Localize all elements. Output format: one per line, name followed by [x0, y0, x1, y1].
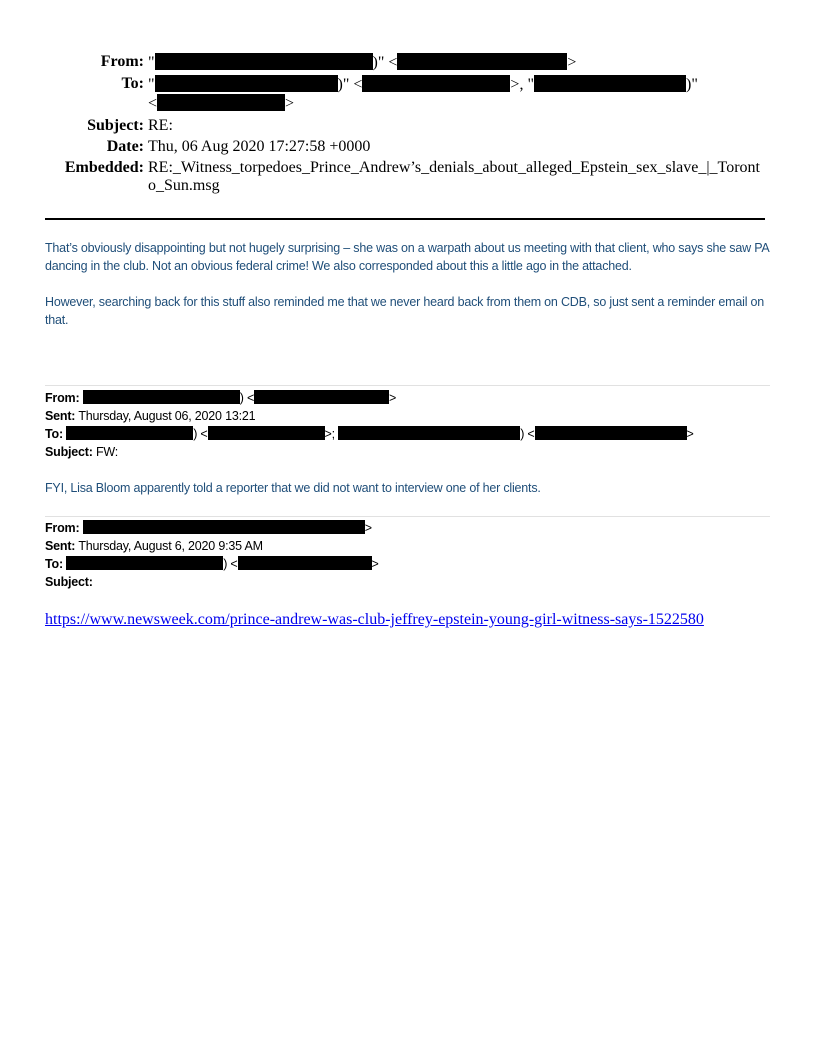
- redaction: [83, 390, 240, 404]
- quoted-separator: [45, 516, 770, 517]
- forward-2-sent: Sent: Thursday, August 6, 2020 9:35 AM: [45, 537, 770, 555]
- meta-subject-value: RE:: [148, 117, 764, 135]
- forward-1-to: To: ) <>; ) <>: [45, 425, 770, 443]
- to-label: To:: [45, 557, 63, 571]
- redaction: [66, 426, 193, 440]
- sent-label: Sent:: [45, 539, 75, 553]
- forward-1-header: From: ) <> Sent: Thursday, August 06, 20…: [45, 389, 770, 461]
- header-divider: [45, 218, 765, 220]
- forward-2-from: From: >: [45, 519, 770, 537]
- from-label: From:: [45, 391, 79, 405]
- redaction: [397, 53, 567, 70]
- forward-1-body: FYI, Lisa Bloom apparently told a report…: [45, 479, 770, 497]
- message-body: That’s obviously disappointing but not h…: [45, 239, 770, 329]
- forward-1-body-text: FYI, Lisa Bloom apparently told a report…: [45, 479, 770, 497]
- subject-label: Subject:: [45, 445, 93, 459]
- to-label: To:: [45, 427, 63, 441]
- redaction: [254, 390, 389, 404]
- forward-1-subject: Subject: FW:: [45, 443, 770, 461]
- meta-embedded-label: Embedded:: [0, 159, 148, 195]
- meta-to-value: ")" <>, ")"<>: [148, 75, 764, 113]
- redaction: [535, 426, 687, 440]
- meta-embedded-row: Embedded: RE:_Witness_torpedoes_Prince_A…: [0, 159, 816, 195]
- redaction: [534, 75, 686, 92]
- redaction: [362, 75, 510, 92]
- sent-value: Thursday, August 6, 2020 9:35 AM: [78, 539, 262, 553]
- redaction: [208, 426, 325, 440]
- quoted-separator: [45, 385, 770, 386]
- meta-from-label: From:: [0, 53, 148, 72]
- forward-2-header: From: > Sent: Thursday, August 6, 2020 9…: [45, 519, 770, 591]
- redaction: [157, 94, 285, 111]
- forward-2-subject: Subject:: [45, 573, 770, 591]
- redaction: [155, 53, 373, 70]
- sent-value: Thursday, August 06, 2020 13:21: [78, 409, 255, 423]
- forward-2-to: To: ) <>: [45, 555, 770, 573]
- meta-to-row: To: ")" <>, ")"<>: [0, 75, 816, 113]
- redaction: [83, 520, 365, 534]
- message-paragraph-1: That’s obviously disappointing but not h…: [45, 239, 770, 275]
- sent-label: Sent:: [45, 409, 75, 423]
- redaction: [66, 556, 223, 570]
- subject-value: FW:: [96, 445, 118, 459]
- meta-from-row: From: ")" <>: [0, 53, 816, 72]
- meta-subject-row: Subject: RE:: [0, 117, 816, 135]
- meta-embedded-value[interactable]: RE:_Witness_torpedoes_Prince_Andrew’s_de…: [148, 159, 764, 195]
- meta-date-value: Thu, 06 Aug 2020 17:27:58 +0000: [148, 138, 764, 156]
- redaction: [338, 426, 520, 440]
- forward-1-from: From: ) <>: [45, 389, 770, 407]
- meta-date-label: Date:: [0, 138, 148, 156]
- forward-1-sent: Sent: Thursday, August 06, 2020 13:21: [45, 407, 770, 425]
- message-paragraph-2: However, searching back for this stuff a…: [45, 293, 770, 329]
- subject-label: Subject:: [45, 575, 93, 589]
- email-metadata: From: ")" <> To: ")" <>, ")"<> Subject: …: [0, 53, 816, 198]
- meta-date-row: Date: Thu, 06 Aug 2020 17:27:58 +0000: [0, 138, 816, 156]
- redaction: [238, 556, 372, 570]
- newsweek-article-link[interactable]: https://www.newsweek.com/prince-andrew-w…: [45, 611, 704, 629]
- meta-subject-label: Subject:: [0, 117, 148, 135]
- meta-to-label: To:: [0, 75, 148, 113]
- from-label: From:: [45, 521, 79, 535]
- redaction: [155, 75, 338, 92]
- meta-from-value: ")" <>: [148, 53, 764, 72]
